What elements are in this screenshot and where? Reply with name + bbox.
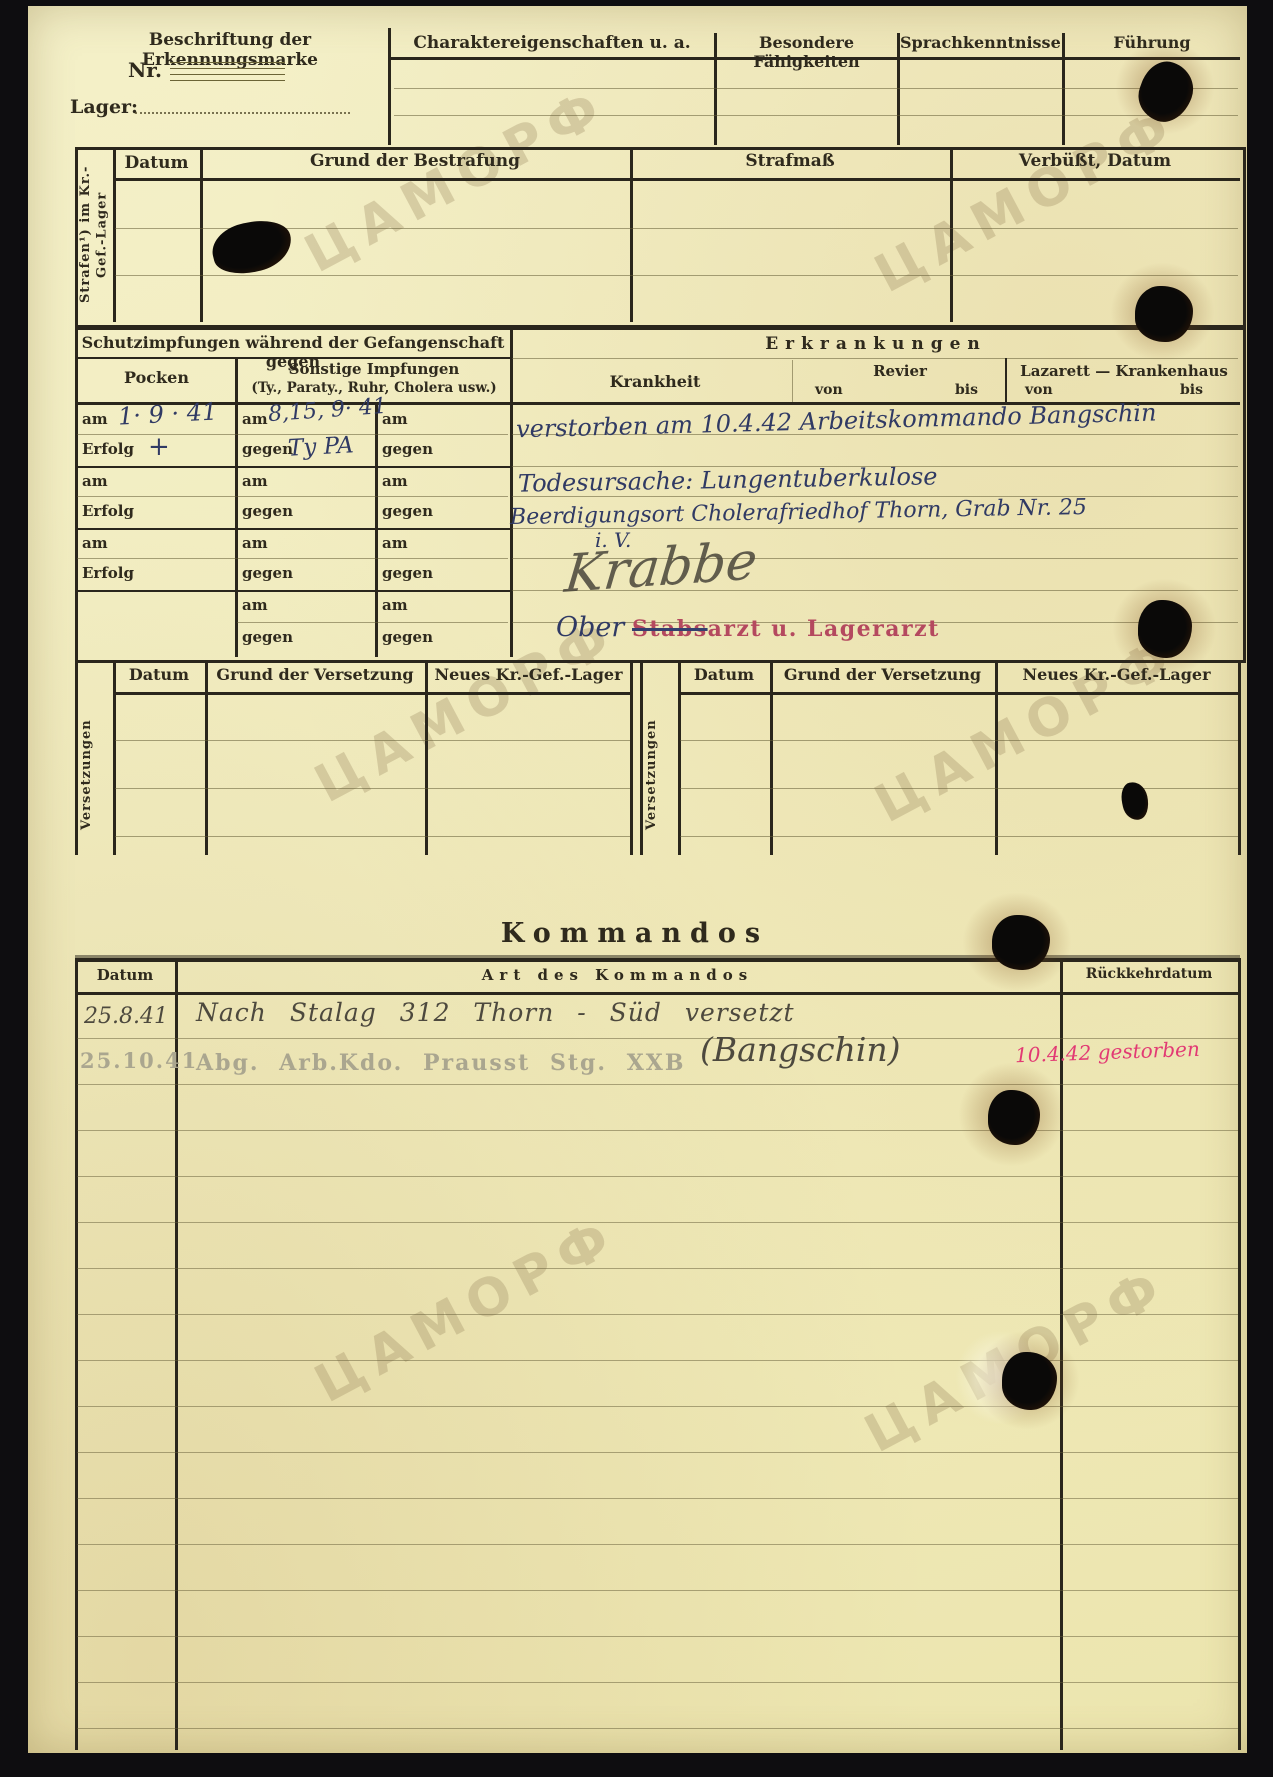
header-underline <box>390 57 1240 60</box>
row-divider <box>75 528 510 530</box>
burn-hole <box>1138 600 1192 658</box>
revier-header: Revier <box>800 362 1000 380</box>
divider <box>630 147 633 322</box>
revier-von-label: von <box>815 382 843 398</box>
divider <box>770 660 773 855</box>
gegen-label: gegen <box>382 502 433 520</box>
ruled-line <box>115 275 1238 276</box>
lazarett-header: Lazarett — Krankenhaus <box>1010 362 1238 380</box>
sonstige-gegen-entry: Ty PA <box>287 432 354 461</box>
divider <box>950 147 953 322</box>
am-label: am <box>82 472 108 490</box>
lager-label: Lager: <box>70 96 138 118</box>
strafen-side-line1: Strafen¹) <box>78 228 93 303</box>
strafen-side-label: Strafen¹) im Kr.-Gef.-Lager <box>78 152 110 317</box>
am-label: am <box>242 534 268 552</box>
divider <box>792 360 793 402</box>
divider <box>75 357 510 359</box>
divider <box>205 660 208 855</box>
lager-dotted-line <box>135 98 350 114</box>
divider <box>425 660 428 855</box>
versetzung-datum-header: Datum <box>113 665 205 684</box>
divider <box>1238 660 1241 855</box>
scanned-pow-card: ЦАМОРФ ЦАМОРФ ЦАМОРФ ЦАМОРФ ЦАМОРФ ЦАМОР… <box>0 0 1273 1777</box>
gegen-label: gegen <box>242 440 293 458</box>
revier-bis-label: bis <box>955 382 978 398</box>
ruled-line <box>77 558 508 559</box>
pocken-am-entry: 1· 9 · 41 <box>117 397 218 430</box>
lagerarzt-stamp: Stabsarzt u. Lagerarzt <box>632 616 940 642</box>
faehigkeiten-header: Besondere Fähigkeiten <box>718 33 895 71</box>
divider <box>995 660 998 855</box>
ruled-line <box>394 88 1238 89</box>
burn-hole <box>1135 286 1193 342</box>
ruled-line <box>512 496 1238 497</box>
divider <box>714 33 717 145</box>
am-label: am <box>382 596 408 614</box>
ober-handwritten: Ober <box>556 612 624 643</box>
charakter-header: Charaktereigenschaften u. a. <box>392 33 712 53</box>
burn-hole <box>988 1090 1040 1145</box>
header-underline <box>113 692 632 695</box>
divider <box>640 660 643 855</box>
divider <box>678 660 681 855</box>
versetzung-lager-header: Neues Kr.-Gef.-Lager <box>995 665 1238 684</box>
divider <box>113 660 116 855</box>
divider <box>1005 358 1007 402</box>
header-underline <box>678 692 1240 695</box>
gegen-label: gegen <box>242 628 293 646</box>
gegen-label: gegen <box>382 564 433 582</box>
gegen-label: gegen <box>242 502 293 520</box>
divider <box>512 358 1238 359</box>
divider <box>388 28 391 145</box>
am-label: am <box>82 534 108 552</box>
versetzung-grund-header: Grund der Versetzung <box>205 665 425 684</box>
ruled-line <box>115 836 630 837</box>
pocken-erfolg-entry: + <box>148 432 170 462</box>
burn-hole <box>992 915 1050 970</box>
am-label: am <box>242 596 268 614</box>
sprachkenntnisse-header: Sprachkenntnisse <box>900 33 1060 52</box>
divider <box>1062 33 1065 145</box>
gegen-label: gegen <box>382 440 433 458</box>
ruled-line <box>77 496 508 497</box>
burn-hole <box>1002 1352 1057 1410</box>
gegen-label: gegen <box>382 628 433 646</box>
divider <box>1238 958 1241 1750</box>
kommandos-rueckkehr-header: Rückkehrdatum <box>1060 966 1238 982</box>
row-divider <box>75 590 510 592</box>
ruled-line <box>680 836 1238 837</box>
erfolg-label: Erfolg <box>82 564 134 582</box>
versetzung-grund-header: Grund der Versetzung <box>770 665 995 684</box>
am-label: am <box>82 410 108 428</box>
sonstige-header: Sonstige Impfungen <box>238 360 510 378</box>
ruled-line <box>115 740 630 741</box>
kommando-row-art-handwritten: (Bangschin) <box>700 1030 901 1069</box>
versetzungen-side-label: Versetzungen <box>644 700 674 850</box>
kommandos-title: Kommandos <box>400 918 870 949</box>
divider <box>200 147 203 322</box>
table-top <box>75 660 632 663</box>
versetzung-lager-header: Neues Kr.-Gef.-Lager <box>425 665 632 684</box>
krankheit-header: Krankheit <box>540 372 770 391</box>
pocken-header: Pocken <box>78 368 235 387</box>
struck-stamp-part: Stabs <box>632 616 708 642</box>
strafmass-header: Strafmaß <box>630 151 950 171</box>
am-label: am <box>382 534 408 552</box>
erfolg-label: Erfolg <box>82 440 134 458</box>
divider <box>510 327 513 657</box>
strafen-grund-header: Grund der Bestrafung <box>200 151 630 171</box>
versetzungen-side-label: Versetzungen <box>79 700 109 850</box>
kommando-row-art-stamp: Abg. Arb.Kdo. Prausst Stg. XXB <box>196 1050 685 1076</box>
verbuesst-header: Verbüßt, Datum <box>950 151 1240 171</box>
erfolg-label: Erfolg <box>82 502 134 520</box>
divider <box>113 147 116 322</box>
am-label: am <box>242 472 268 490</box>
kommando-row-datum-stamp: 25.10.41 <box>80 1048 198 1073</box>
nr-label: Nr. <box>128 58 162 82</box>
stamp-rest: arzt u. Lagerarzt <box>708 616 940 642</box>
kommando-row-art: Nach Stalag 312 Thorn - Süd versetzt <box>196 998 795 1027</box>
ruled-line <box>115 788 630 789</box>
row-divider <box>75 466 510 468</box>
sonstige-subheader: (Ty., Paraty., Ruhr, Cholera usw.) <box>238 380 510 396</box>
ruled-line <box>394 115 1238 116</box>
ruled-line <box>237 622 508 623</box>
kommandos-art-header: Art des Kommandos <box>175 966 1060 984</box>
ruled-line <box>680 788 1238 789</box>
nr-ruled-lines <box>170 62 285 84</box>
header-underline <box>113 178 1240 181</box>
versetzung-datum-header: Datum <box>678 665 770 684</box>
am-label: am <box>382 472 408 490</box>
strafen-datum-header: Datum <box>113 153 200 173</box>
ruled-line <box>680 740 1238 741</box>
am-label: am <box>242 410 268 428</box>
gegen-label: gegen <box>242 564 293 582</box>
lazarett-von-label: von <box>1025 382 1053 398</box>
lazarett-bis-label: bis <box>1180 382 1203 398</box>
kommando-row-datum: 25.8.41 <box>84 1004 168 1029</box>
divider <box>630 660 633 855</box>
kommandos-datum-header: Datum <box>75 966 175 984</box>
divider <box>75 660 78 855</box>
